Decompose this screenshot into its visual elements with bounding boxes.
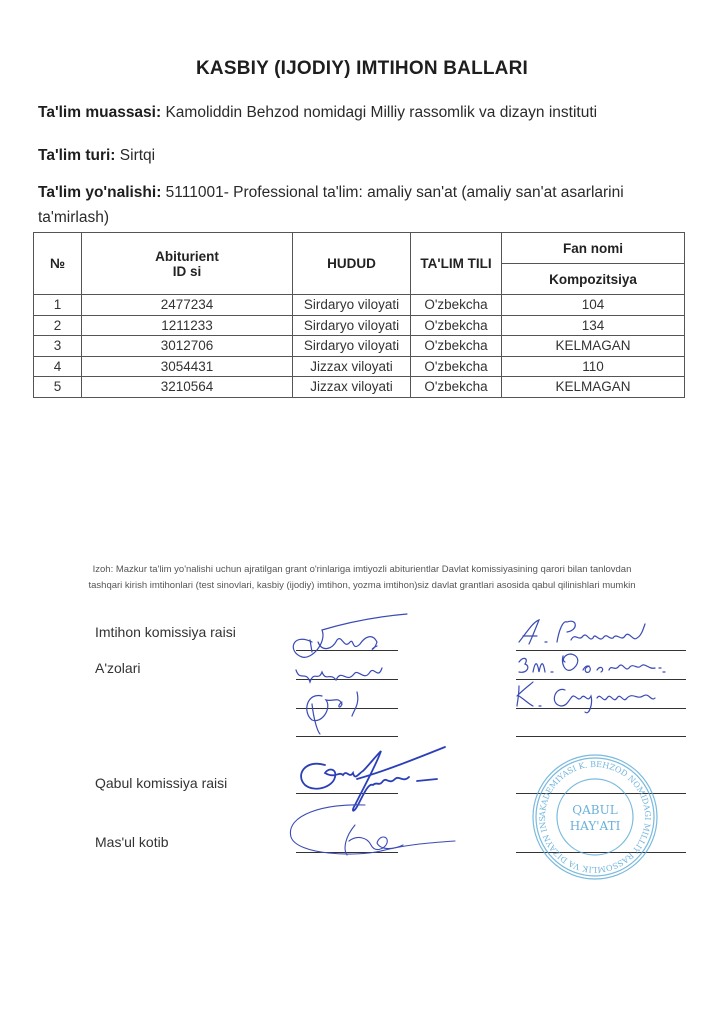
header-applicant-id-line2: ID si	[173, 264, 202, 279]
cell-no: 2	[34, 315, 82, 336]
education-direction-row: Ta'lim yo'nalishi: 5111001- Professional…	[38, 180, 688, 230]
header-applicant-id: Abiturient ID si	[82, 233, 293, 295]
cell-applicant-id: 1211233	[82, 315, 293, 336]
table-row: 43054431Jizzax viloyatiO'zbekcha110	[34, 356, 685, 377]
stamp-center-line2: HAY'ATI	[570, 819, 621, 833]
note-line-1: Izoh: Mazkur ta'lim yo'nalishi uchun ajr…	[0, 562, 724, 578]
handwritten-signatures-bottom	[285, 745, 485, 870]
cell-no: 1	[34, 295, 82, 316]
note-line-2: tashqari kirish imtihonlari (test sinovl…	[0, 578, 724, 594]
scores-table: № Abiturient ID si HUDUD TA'LIM TILI Fan…	[33, 232, 685, 398]
education-type-label: Ta'lim turi:	[38, 147, 115, 164]
cell-region: Jizzax viloyati	[293, 377, 411, 398]
institution-label: Ta'lim muassasi:	[38, 104, 161, 121]
cell-language: O'zbekcha	[411, 336, 502, 357]
header-region: HUDUD	[293, 233, 411, 295]
cell-language: O'zbekcha	[411, 295, 502, 316]
cell-score: KELMAGAN	[502, 336, 685, 357]
header-applicant-id-line1: Abiturient	[155, 249, 219, 264]
exam-chair-label: Imtihon komissiya raisi	[95, 624, 236, 640]
cell-region: Jizzax viloyati	[293, 356, 411, 377]
members-label: A'zolari	[95, 660, 140, 676]
cell-applicant-id: 3210564	[82, 377, 293, 398]
institution-row: Ta'lim muassasi: Kamoliddin Behzod nomid…	[38, 104, 597, 122]
signature-line	[516, 736, 686, 737]
cell-language: O'zbekcha	[411, 315, 502, 336]
header-subject-group: Fan nomi	[502, 233, 685, 264]
education-direction-label: Ta'lim yo'nalishi:	[38, 184, 161, 201]
cell-applicant-id: 3012706	[82, 336, 293, 357]
note: Izoh: Mazkur ta'lim yo'nalishi uchun ajr…	[0, 562, 724, 594]
cell-score: 110	[502, 356, 685, 377]
cell-no: 5	[34, 377, 82, 398]
header-no: №	[34, 233, 82, 295]
table-row: 12477234Sirdaryo viloyatiO'zbekcha104	[34, 295, 685, 316]
document-title: KASBIY (IJODIY) IMTIHON BALLARI	[0, 58, 724, 80]
cell-score: 104	[502, 295, 685, 316]
cell-no: 3	[34, 336, 82, 357]
header-language: TA'LIM TILI	[411, 233, 502, 295]
stamp-center-line1: QABUL	[572, 803, 617, 817]
cell-region: Sirdaryo viloyati	[293, 336, 411, 357]
cell-region: Sirdaryo viloyati	[293, 315, 411, 336]
cell-region: Sirdaryo viloyati	[293, 295, 411, 316]
secretary-label: Mas'ul kotib	[95, 834, 168, 850]
cell-language: O'zbekcha	[411, 377, 502, 398]
cell-score: KELMAGAN	[502, 377, 685, 398]
handwritten-signatures-left	[282, 612, 412, 747]
admission-chair-label: Qabul komissiya raisi	[95, 775, 227, 791]
table-row: 53210564Jizzax viloyatiO'zbekchaKELMAGAN	[34, 377, 685, 398]
education-type-value: Sirtqi	[120, 147, 155, 164]
institution-value: Kamoliddin Behzod nomidagi Milliy rassom…	[165, 104, 597, 121]
table-row: 21211233Sirdaryo viloyatiO'zbekcha134	[34, 315, 685, 336]
table-row: 33012706Sirdaryo viloyatiO'zbekchaKELMAG…	[34, 336, 685, 357]
cell-applicant-id: 3054431	[82, 356, 293, 377]
handwritten-names-right	[505, 612, 705, 717]
cell-score: 134	[502, 315, 685, 336]
cell-no: 4	[34, 356, 82, 377]
education-type-row: Ta'lim turi: Sirtqi	[38, 147, 155, 165]
header-subject: Kompozitsiya	[502, 264, 685, 295]
cell-language: O'zbekcha	[411, 356, 502, 377]
institution-stamp: AKADEMIYASI K. BEHZOD NOMIDAGI MILLIY RA…	[530, 752, 660, 882]
cell-applicant-id: 2477234	[82, 295, 293, 316]
